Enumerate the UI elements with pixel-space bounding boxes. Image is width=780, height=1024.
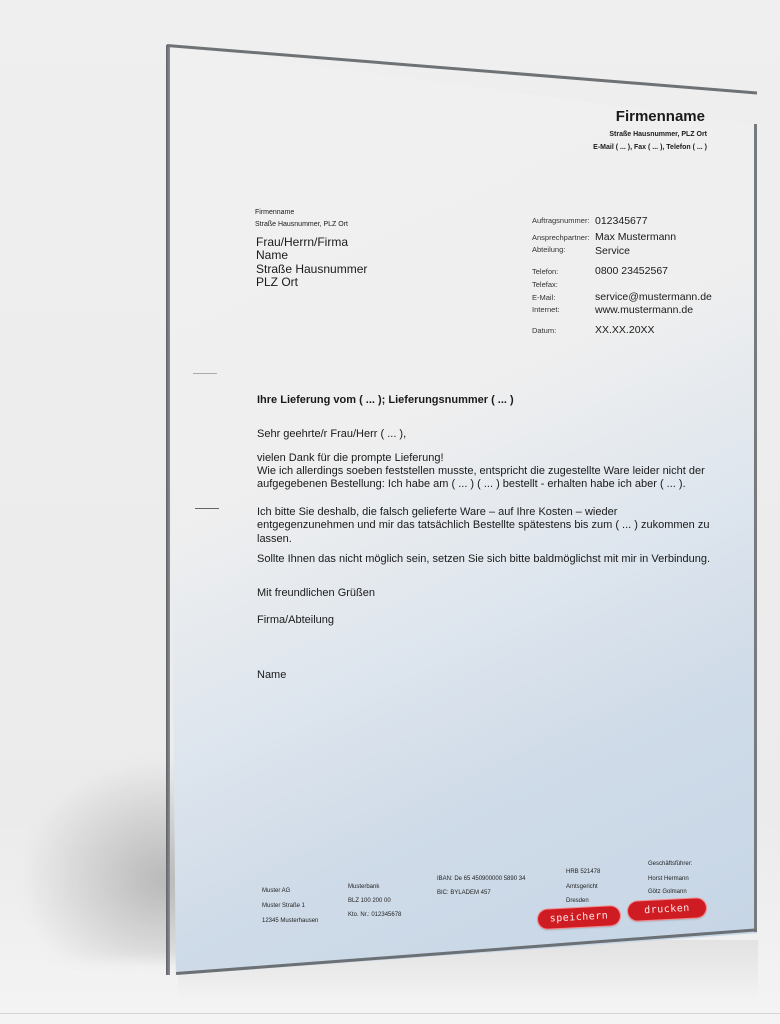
footer-company: Muster AG xyxy=(262,888,290,894)
recipient-line: Name xyxy=(256,249,288,263)
email-value: service@mustermann.de xyxy=(595,291,712,303)
letterhead-company-name: Firmenname xyxy=(616,108,705,125)
order-number-label: Auftragsnummer: xyxy=(532,216,590,225)
document-preview-stage: Firmenname Straße Hausnummer, PLZ Ort E-… xyxy=(0,0,780,1024)
letter-paragraph-line: entgegenzunehmen und mir das tatsächlich… xyxy=(257,519,709,532)
sender-address: Straße Hausnummer, PLZ Ort xyxy=(255,221,348,228)
phone-label: Telefon: xyxy=(532,267,558,276)
fold-mark xyxy=(195,508,219,509)
letter-paragraph-line: Sollte Ihnen das nicht möglich sein, set… xyxy=(257,553,710,566)
department-value: Service xyxy=(595,245,630,257)
department-label: Abteilung: xyxy=(532,245,565,254)
order-number-value: 012345677 xyxy=(595,215,648,227)
footer-court-city: Dresden xyxy=(566,898,589,904)
footer-court: Amtsgericht xyxy=(566,884,598,890)
footer-bic: BIC: BYLADEM 457 xyxy=(437,890,491,896)
footer-iban: IBAN: De 65 450900000 5890 34 xyxy=(437,876,525,882)
footer-ceo-2: Götz Golmann xyxy=(648,889,687,895)
page-edge xyxy=(754,124,757,932)
sender-name: Firmenname xyxy=(255,209,294,216)
date-value: XX.XX.20XX xyxy=(595,324,655,336)
letter-paragraph-line: vielen Dank für die prompte Lieferung! xyxy=(257,452,444,465)
fax-label: Telefax: xyxy=(532,280,558,289)
footer-ceo-label: Geschäftsführer: xyxy=(648,861,692,867)
footer-account: Kto. Nr.: 012345678 xyxy=(348,912,401,918)
contact-person-value: Max Mustermann xyxy=(595,231,676,243)
print-button[interactable]: drucken xyxy=(628,898,707,921)
letter-paragraph-line: lassen. xyxy=(257,533,292,546)
date-label: Datum: xyxy=(532,326,556,335)
footer-street: Muster Straße 1 xyxy=(262,903,305,909)
signature-organization: Firma/Abteilung xyxy=(257,614,334,627)
page-edge xyxy=(166,45,170,975)
letter-paragraph-line: Wie ich allerdings soeben feststellen mu… xyxy=(257,465,705,478)
recipient-line: PLZ Ort xyxy=(256,276,298,290)
letter-subject: Ihre Lieferung vom ( ... ); Lieferungsnu… xyxy=(257,394,514,406)
email-label: E-Mail: xyxy=(532,293,555,302)
letterhead-contact: E-Mail ( ... ), Fax ( ... ), Telefon ( .… xyxy=(593,144,707,151)
letterhead-address: Straße Hausnummer, PLZ Ort xyxy=(609,131,707,138)
letter-closing: Mit freundlichen Grüßen xyxy=(257,587,375,600)
footer-city: 12345 Musterhausen xyxy=(262,918,318,924)
page-shadow xyxy=(20,760,200,960)
letter-paragraph-line: Ich bitte Sie deshalb, die falsch gelief… xyxy=(257,506,617,519)
footer-ceo-1: Horst Hermann xyxy=(648,876,689,882)
fold-mark xyxy=(193,373,217,374)
signature-name: Name xyxy=(257,669,286,682)
footer-hrb: HRB 521478 xyxy=(566,869,600,875)
phone-value: 0800 23452567 xyxy=(595,265,668,277)
footer-blz: BLZ 100 200 00 xyxy=(348,898,391,904)
internet-label: Internet: xyxy=(532,305,560,314)
contact-person-label: Ansprechpartner: xyxy=(532,233,590,242)
letter-salutation: Sehr geehrte/r Frau/Herr ( ... ), xyxy=(257,428,406,441)
floor-line xyxy=(0,1013,780,1014)
footer-bank: Musterbank xyxy=(348,884,379,890)
letter-paragraph-line: aufgegebenen Bestellung: Ich habe am ( .… xyxy=(257,478,686,491)
internet-value: www.mustermann.de xyxy=(595,304,693,316)
